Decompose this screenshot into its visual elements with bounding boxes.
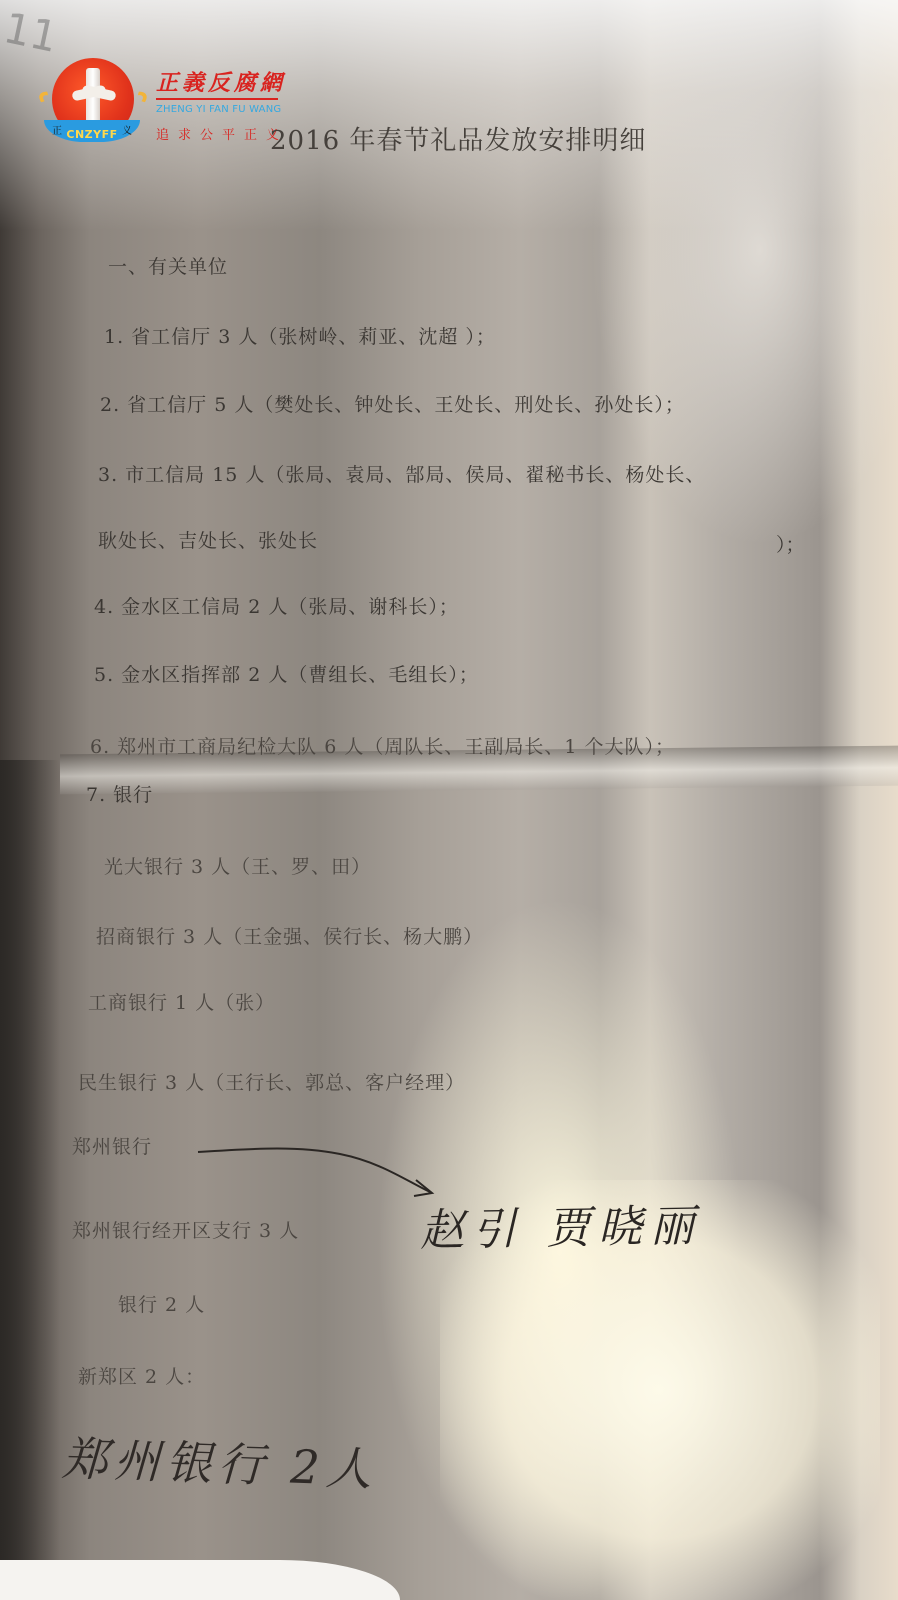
watermark-logo: 正 义 CNZYFF [44,58,140,154]
list-item: 6. 郑州市工商局纪检大队 6 人（周队长、王副局长、1 个大队）； [90,732,675,759]
list-item: 郑州银行 [72,1132,152,1159]
list-item: 7. 银行 [86,780,153,807]
logo-text: CNZYFF [44,128,140,141]
brand-pinyin: ZHENG YI FAN FU WANG [156,104,281,115]
brand-title: 正義反腐網 [156,66,286,97]
list-item: 银行 2 人 [118,1290,205,1317]
list-item: 3. 市工信局 15 人（张局、袁局、郜局、侯局、翟秘书长、杨处长、 [98,460,705,487]
handwritten-note: 郑州银行 2人 [61,1423,379,1500]
list-item: 耿处长、吉处长、张处长 [98,526,318,553]
section-heading: 一、有关单位 [108,252,228,279]
list-item: 工商银行 1 人（张） [88,988,275,1015]
list-item: 2. 省工信厅 5 人（樊处长、钟处长、王处长、刑处长、孙处长）； [100,390,685,417]
paper-shadow [0,760,60,1560]
document-title: 2016 年春节礼品发放安排明细 [270,120,646,157]
list-item: 4. 金水区工信局 2 人（张局、谢科长）； [94,592,459,619]
list-item: 招商银行 3 人（王金强、侯行长、杨大鹏） [96,922,483,949]
list-item: 光大银行 3 人（王、罗、田） [104,852,371,879]
list-item: 民生银行 3 人（王行长、郭总、客户经理） [78,1068,465,1095]
handwritten-names: 赵引 贾晓丽 [419,1190,702,1259]
handwritten-arrow-icon [190,1140,450,1210]
paper-edge [0,1560,400,1600]
list-item: 1. 省工信厅 3 人（张树岭、莉亚、沈超 ）； [104,322,496,349]
pencil-mark: 11 [0,3,62,62]
list-item: 郑州银行经开区支行 3 人 [72,1216,299,1243]
brand-slogan: 追求公平正义 [156,124,288,143]
brand-divider [156,98,278,100]
list-item: 新郑区 2 人： [78,1362,205,1389]
list-item: 5. 金水区指挥部 2 人（曹组长、毛组长）； [94,660,479,687]
closing-paren: ）； [776,530,805,557]
